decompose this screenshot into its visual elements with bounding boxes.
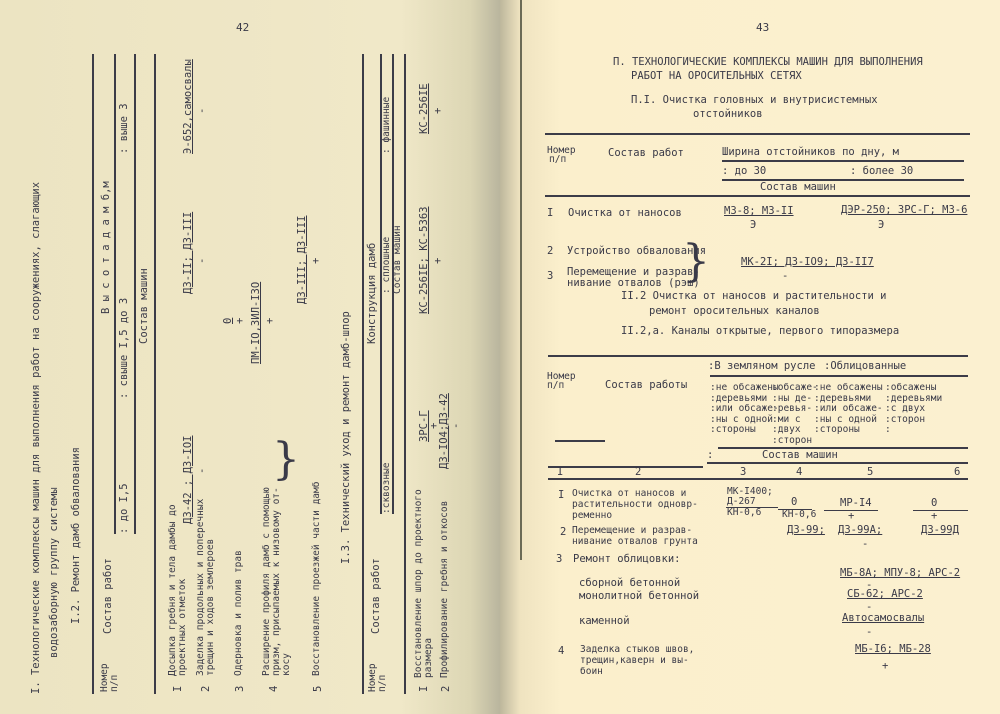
machine-cell: Э-652,самосвалы bbox=[182, 59, 194, 154]
machine-cell: ДЗ-III; ДЗ-III bbox=[296, 215, 308, 304]
subcolumn-header-line: :не обсажены bbox=[710, 383, 779, 394]
machine-cell: ДЗ-II; ДЗ-III bbox=[182, 212, 194, 294]
machine-cell: МБ-8А; МПУ-8; АРС-2 bbox=[840, 567, 960, 579]
row-text: призм, присыпаемых к низовому от- bbox=[272, 487, 283, 676]
machines-header: Состав машин bbox=[762, 449, 838, 461]
subcolumn-header-line: :сторон bbox=[885, 415, 925, 426]
section-title-cont: РАБОТ НА ОРОСИТЕЛЬНЫХ СЕТЯХ bbox=[631, 70, 802, 82]
col-number-2: п/п bbox=[110, 675, 121, 692]
machine-cell: ДЗ-99; bbox=[787, 524, 825, 536]
machine-sign: - bbox=[196, 258, 208, 264]
row-number: 3 bbox=[234, 686, 246, 692]
table-rule bbox=[707, 462, 968, 464]
table-rule bbox=[362, 54, 364, 694]
row-number: 4 bbox=[268, 686, 280, 692]
row-number: 2 bbox=[440, 686, 452, 692]
width-col-1: : до 30 bbox=[722, 165, 766, 177]
machine-cell: МК-2I; ДЗ-IO9; ДЗ-II7 bbox=[741, 256, 874, 268]
row-text: боин bbox=[580, 667, 603, 678]
column-index: 3 bbox=[740, 466, 746, 478]
fraction-bar bbox=[913, 510, 968, 511]
machine-cell: КС-256IE bbox=[418, 83, 430, 134]
machine-sign: + bbox=[432, 108, 444, 114]
machine-cell: Д-267 bbox=[727, 497, 756, 508]
machine-sign: - bbox=[196, 468, 208, 474]
machines-header: Состав машин bbox=[393, 225, 404, 294]
col-work: Состав работы bbox=[605, 379, 687, 391]
row-number: 3 bbox=[556, 553, 562, 565]
machine-cell: ДЗ-42 ; ДЗ-IOI bbox=[182, 435, 194, 524]
machine-cell: ДЗ-99Д bbox=[921, 524, 959, 536]
column-index: I bbox=[557, 466, 563, 478]
row-text: нивание отвалов грунта bbox=[572, 537, 698, 548]
machine-sign: Э bbox=[750, 219, 756, 231]
machine-sign: Э bbox=[878, 219, 884, 231]
table-rule bbox=[92, 54, 94, 694]
row-number: I bbox=[172, 686, 184, 692]
row-text: размера bbox=[424, 638, 435, 678]
section-title: П. ТЕХНОЛОГИЧЕСКИЕ КОМПЛЕКСЫ МАШИН ДЛЯ В… bbox=[613, 56, 923, 68]
table-rule bbox=[545, 195, 970, 197]
row-text: монолитной бетонной bbox=[579, 590, 699, 602]
width-col-2: : более 30 bbox=[850, 165, 913, 177]
row-text: каменной bbox=[579, 615, 630, 627]
row-number: I bbox=[418, 686, 430, 692]
section-title-cont: водозаборную группу системы bbox=[48, 487, 60, 658]
width-header: Ширина отстойников по дну, м bbox=[722, 146, 899, 158]
subcolumn-header-line: :или обсаже- bbox=[710, 404, 779, 415]
row-text: растительности одновр- bbox=[572, 500, 698, 511]
table-rule bbox=[548, 478, 968, 480]
machine-sign: + bbox=[310, 258, 322, 264]
row-text: сборной бетонной bbox=[579, 577, 680, 589]
row-text: косу bbox=[282, 653, 293, 676]
machine-sign: + bbox=[848, 510, 854, 522]
construction-col: : фашинные bbox=[382, 97, 393, 154]
table-rule bbox=[548, 466, 703, 468]
row-text: Очистка от наносов bbox=[568, 207, 682, 219]
row-text: нивание отвалов (рэш) bbox=[567, 277, 700, 289]
row-text: Очистка от наносов и bbox=[572, 489, 686, 500]
row-number: I bbox=[558, 489, 564, 501]
machine-cell: ДЭР-250; ЗРС-Г; МЗ-6 bbox=[841, 204, 967, 216]
height-col-3: : выше 3 bbox=[118, 103, 130, 154]
subsection-title: II.2 Очистка от наносов и растительности… bbox=[621, 290, 887, 302]
group-lined: :Облицованные bbox=[824, 360, 906, 372]
table-rule bbox=[134, 54, 136, 534]
row-number: 4 bbox=[558, 645, 564, 657]
brace: } bbox=[682, 240, 710, 284]
col-work: Состав работ bbox=[608, 147, 684, 159]
col-work: Состав работ bbox=[370, 558, 382, 634]
table-rule bbox=[545, 133, 970, 135]
row-number: I bbox=[547, 207, 553, 219]
construction-col: :сквозные bbox=[382, 463, 393, 514]
machine-cell: ПМ-IO,ЗИЛ-I3O bbox=[250, 282, 262, 364]
row-number: 2 bbox=[200, 686, 212, 692]
machine-sign: - bbox=[196, 108, 208, 114]
row-text: Профилирование гребня и откосов bbox=[440, 501, 451, 678]
row-text: Ремонт облицовки: bbox=[573, 553, 680, 565]
col-number-2: п/п bbox=[549, 155, 566, 166]
subcolumn-header-line: :стороны bbox=[814, 425, 860, 436]
machine-cell: ДЗ-IO4;ДЗ-42 bbox=[438, 393, 450, 469]
height-header: В ы с о т а д а м б,м bbox=[100, 181, 112, 314]
table-rule bbox=[555, 440, 605, 442]
machine-sign: + bbox=[432, 258, 444, 264]
machine-cell: ДЗ-99А; bbox=[838, 524, 882, 536]
page-gutter bbox=[520, 0, 522, 560]
table-rule bbox=[718, 447, 968, 449]
subsection-title: I.3. Технический уход и ремонт дамб-шпор bbox=[340, 311, 352, 564]
machine-cell: КН-0,6 bbox=[782, 510, 816, 521]
row-text: трещин и ходов землероев bbox=[206, 539, 217, 676]
table-rule bbox=[722, 160, 964, 162]
machine-cell: Автосамосвалы bbox=[842, 612, 924, 624]
row-text: Одерновка и полив трав bbox=[234, 550, 245, 676]
col-number-2: п/п bbox=[547, 381, 564, 392]
section-title: I. Технологические комплексы машин для в… bbox=[30, 182, 42, 694]
row-text: проектных отметок bbox=[178, 579, 189, 676]
row-number: 3 bbox=[547, 270, 553, 282]
machine-cell: СБ-62; АРС-2 bbox=[847, 588, 923, 600]
machine-sign: - bbox=[782, 270, 788, 282]
height-col-1: : до I,5 bbox=[118, 483, 130, 534]
machine-sign: - bbox=[862, 538, 868, 550]
column-index: 2 bbox=[635, 466, 641, 478]
machine-sign: + bbox=[264, 318, 276, 324]
machine-sign: + bbox=[234, 318, 246, 324]
machine-cell: КН-0,6 bbox=[727, 508, 761, 519]
machine-cell: 0 bbox=[791, 496, 797, 508]
table-rule bbox=[114, 54, 116, 534]
subcolumn-header-line: :обсажены bbox=[885, 383, 936, 394]
subcolumn-header-line: :стороны bbox=[710, 425, 756, 436]
machine-cell: 0 bbox=[931, 497, 937, 509]
row-text: Перемещение и разрав- bbox=[572, 526, 692, 537]
group-earth: :В земляном русле bbox=[708, 360, 815, 372]
subsection-title-cont: ремонт оросительных каналов bbox=[649, 305, 820, 317]
machines-colon: : bbox=[707, 449, 713, 461]
subcolumn-header-line: :или обсаже- bbox=[814, 404, 883, 415]
subcolumn-header-line: :двух bbox=[772, 425, 801, 436]
subcolumn-header-line: :с двух bbox=[885, 404, 925, 415]
left-page: 42 I. Технологические комплексы машин дл… bbox=[0, 0, 500, 714]
row-text: трещин,каверн и вы- bbox=[580, 656, 689, 667]
column-index: 5 bbox=[867, 466, 873, 478]
subcolumn-header-line: : bbox=[885, 425, 891, 436]
row-text: Восстановление проезжей части дамб bbox=[312, 482, 323, 676]
brace: } bbox=[272, 438, 300, 482]
row-text: Заделка стыков швов, bbox=[580, 645, 694, 656]
machine-sign: + bbox=[931, 510, 937, 522]
right-page: 43 П. ТЕХНОЛОГИЧЕСКИЕ КОМПЛЕКСЫ МАШИН ДЛ… bbox=[500, 0, 1000, 714]
table-rule bbox=[154, 54, 156, 694]
height-col-2: : свыше I,5 до 3 bbox=[118, 298, 130, 399]
column-index: 4 bbox=[796, 466, 802, 478]
column-index: 6 bbox=[954, 466, 960, 478]
rotated-content: I. Технологические комплексы машин для в… bbox=[0, 0, 500, 714]
subsection-title-cont: отстойников bbox=[693, 108, 763, 120]
machine-sign: - bbox=[866, 626, 872, 638]
machine-cell: КС-256IE; КС-5363 bbox=[418, 207, 430, 314]
row-number: 2 bbox=[560, 526, 566, 538]
table-rule bbox=[722, 179, 964, 181]
machine-cell: МБ-I6; МБ-28 bbox=[855, 643, 931, 655]
subcolumn-header-line: :не обсажены bbox=[814, 383, 883, 394]
col-number-2: п/п bbox=[378, 675, 389, 692]
machine-sign: - bbox=[450, 423, 462, 429]
construction-col: : сплошные bbox=[382, 237, 393, 294]
machines-header: Состав машин bbox=[138, 268, 150, 344]
machine-sign: + bbox=[882, 660, 888, 672]
table-rule bbox=[404, 54, 406, 694]
subsection-title: I.2. Ремонт дамб обвалования bbox=[70, 447, 82, 624]
subsection-title: П.I. Очистка головных и внутрисистемных bbox=[631, 94, 878, 106]
row-number: 2 bbox=[547, 245, 553, 257]
row-number: 5 bbox=[312, 686, 324, 692]
machine-cell: МР-I4 bbox=[840, 497, 872, 509]
subsection-title: II.2,а. Каналы открытые, первого типораз… bbox=[621, 325, 899, 337]
subcolumn-header-line: :обсаже- bbox=[772, 383, 818, 394]
construction-header: Конструкция дамб bbox=[366, 243, 378, 344]
col-work: Состав работ bbox=[102, 558, 114, 634]
table-rule bbox=[710, 375, 968, 377]
subcolumn-header-line: :ревья- bbox=[772, 404, 812, 415]
machine-cell: 0 bbox=[222, 318, 234, 324]
row-text: ременно bbox=[572, 511, 612, 522]
subcolumn-header-line: :сторон bbox=[772, 436, 812, 447]
table-rule bbox=[548, 355, 968, 357]
machines-header: Состав машин bbox=[760, 181, 836, 193]
page-number: 43 bbox=[756, 22, 769, 34]
machine-cell: МЗ-8; МЗ-II bbox=[724, 205, 794, 217]
